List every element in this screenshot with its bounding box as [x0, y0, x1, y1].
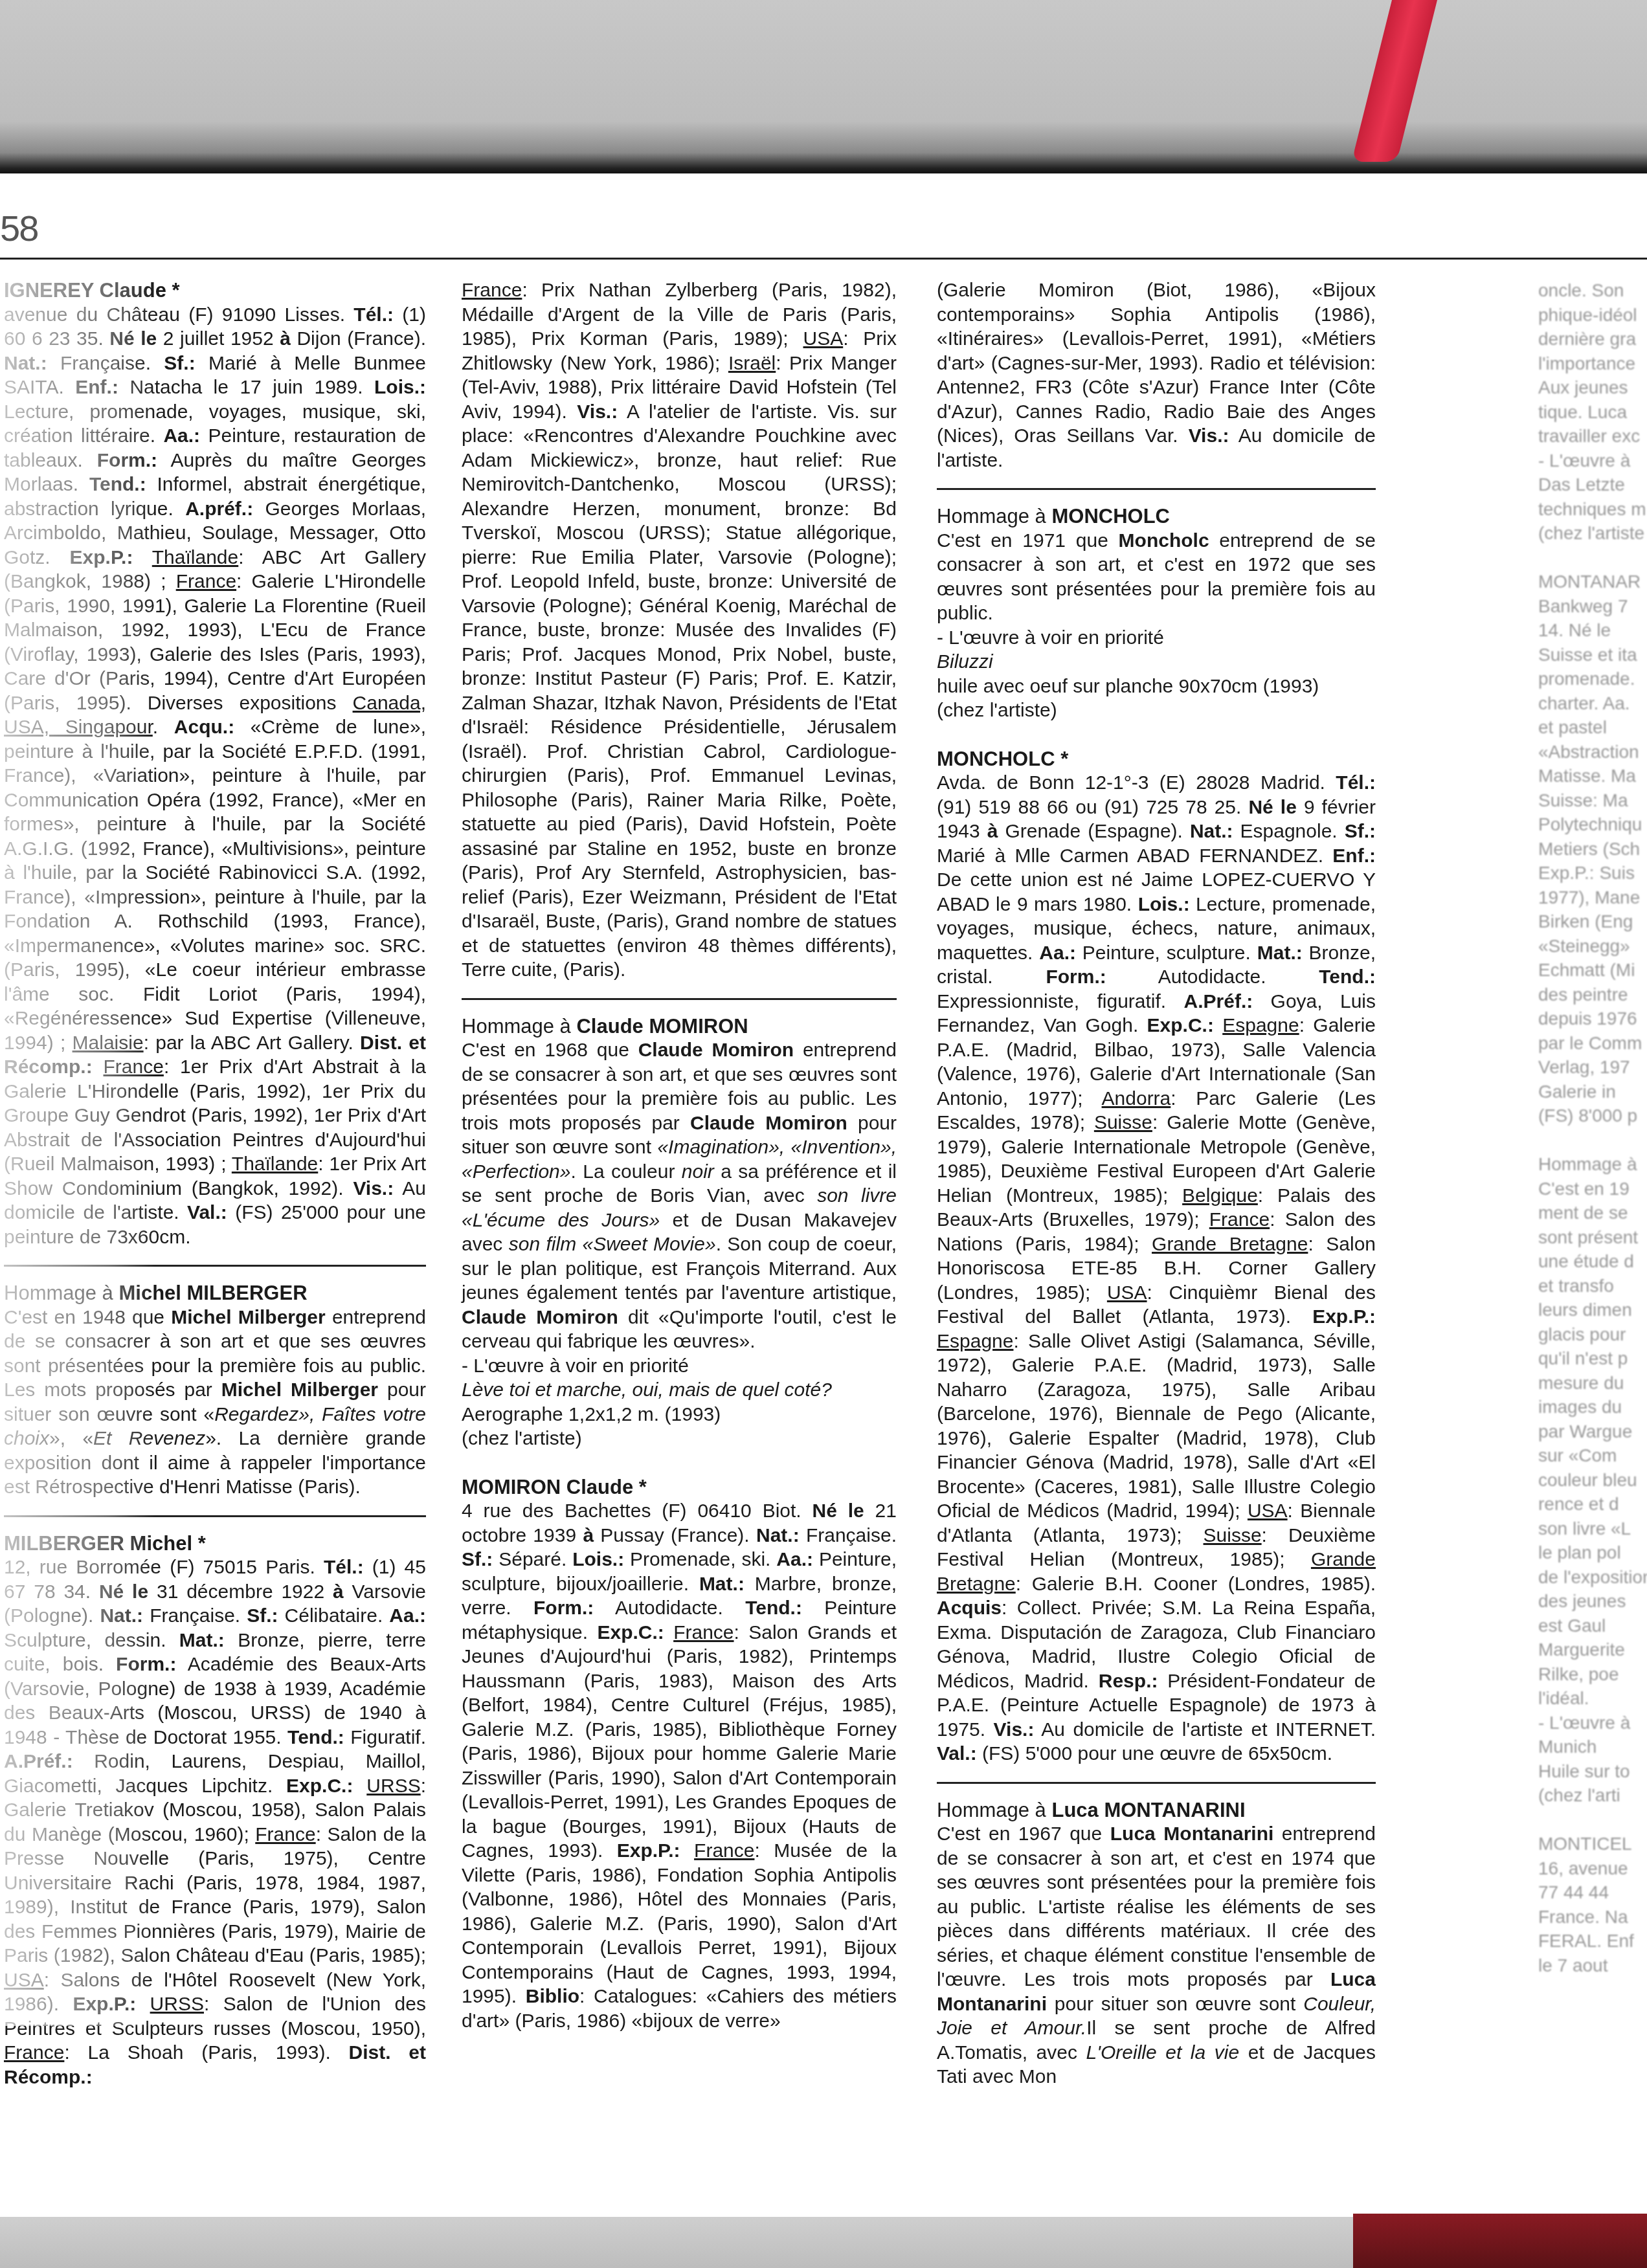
partial-line: Hommage à — [1538, 1152, 1647, 1177]
entry-body: 4 rue des Bachettes (F) 06410 Biot. Né l… — [462, 1499, 897, 2033]
partial-line: Verlag, 197 — [1538, 1055, 1647, 1080]
section-divider — [4, 1515, 426, 1517]
partial-line — [1538, 1128, 1647, 1153]
header-rule — [0, 258, 1647, 260]
entry-body-continued: (Galerie Momiron (Biot, 1986), «Bijoux c… — [937, 278, 1376, 472]
partial-line: le plan pol — [1538, 1540, 1647, 1565]
partial-line: MONTANAR — [1538, 570, 1647, 594]
partial-line: son livre «L — [1538, 1517, 1647, 1541]
partial-line: mesure du — [1538, 1371, 1647, 1395]
column-1: IGNEREY Claude * avenue du Château (F) 9… — [4, 278, 426, 2089]
entry-body: 12, rue Borromée (F) 75015 Paris. Tél.: … — [4, 1555, 426, 2089]
partial-line: une étude d — [1538, 1249, 1647, 1274]
partial-line: - L'œuvre à — [1538, 1711, 1647, 1735]
work-medium: huile avec oeuf sur planche 90x70cm (199… — [937, 674, 1376, 699]
partial-line: qu'il n'est p — [1538, 1346, 1647, 1371]
partial-line: par le Comm — [1538, 1031, 1647, 1056]
partial-line: FERAL. Enf — [1538, 1929, 1647, 1953]
spacer — [462, 1451, 897, 1475]
partial-line: sur «Com — [1538, 1443, 1647, 1468]
partial-line: le 7 aout — [1538, 1953, 1647, 1978]
partial-line: des peintre — [1538, 983, 1647, 1007]
work-title: Biluzzi — [937, 650, 1376, 674]
hommage-title: Hommage à MONCHOLC — [937, 504, 1376, 529]
priority-label: - L'œuvre à voir en priorité — [462, 1354, 897, 1379]
column-2: France: Prix Nathan Zylberberg (Paris, 1… — [462, 278, 897, 2033]
partial-line: des jeunes — [1538, 1589, 1647, 1614]
partial-line: Galerie in — [1538, 1080, 1647, 1104]
partial-line: Echmatt (Mi — [1538, 958, 1647, 983]
partial-line: charter. Aa. — [1538, 691, 1647, 716]
partial-line: Das Letzte — [1538, 472, 1647, 497]
partial-line: Exp.P.: Suis — [1538, 861, 1647, 885]
hommage-title: Hommage à Michel MILBERGER — [4, 1281, 426, 1306]
partial-line: et pastel — [1538, 715, 1647, 740]
partial-line: depuis 1976 — [1538, 1006, 1647, 1031]
section-divider — [937, 1782, 1376, 1784]
hommage-body: C'est en 1971 que Moncholc entreprend de… — [937, 529, 1376, 626]
hommage-title: Hommage à Claude MOMIRON — [462, 1014, 897, 1039]
partial-line: ment de se — [1538, 1201, 1647, 1225]
partial-line: 14. Né le — [1538, 618, 1647, 643]
partial-line: Polytechniqu — [1538, 812, 1647, 837]
section-divider — [4, 1265, 426, 1267]
partial-line — [1538, 546, 1647, 570]
partial-line: Marguerite — [1538, 1638, 1647, 1662]
work-title: Lève toi et marche, oui, mais de quel co… — [462, 1378, 897, 1403]
partial-line: et transfo — [1538, 1274, 1647, 1298]
entry-body: avenue du Château (F) 91090 Lisses. Tél.… — [4, 303, 426, 1250]
partial-line: «Abstraction — [1538, 740, 1647, 764]
partial-line: travailler exc — [1538, 424, 1647, 449]
entry-body: Avda. de Bonn 12-1°-3 (E) 28028 Madrid. … — [937, 771, 1376, 1766]
bookmark-ribbon-bottom — [1353, 2214, 1647, 2268]
partial-line: images du — [1538, 1395, 1647, 1419]
partial-line: 1977), Mane — [1538, 885, 1647, 910]
section-divider — [462, 998, 897, 1000]
partial-line: MONTICEL — [1538, 1832, 1647, 1856]
partial-line: leurs dimen — [1538, 1298, 1647, 1322]
work-location: (chez l'artiste) — [937, 698, 1376, 723]
partial-line: (chez l'arti — [1538, 1783, 1647, 1808]
partial-line: - L'œuvre à — [1538, 449, 1647, 473]
partial-line: sont présent — [1538, 1225, 1647, 1250]
partial-line: Rilke, poe — [1538, 1662, 1647, 1687]
partial-line: Munich — [1538, 1735, 1647, 1759]
column-3: (Galerie Momiron (Biot, 1986), «Bijoux c… — [937, 278, 1376, 2089]
page-number: 58 — [0, 207, 38, 249]
partial-line: l'importance — [1538, 351, 1647, 376]
hommage-body: C'est en 1968 que Claude Momiron entrepr… — [462, 1038, 897, 1354]
partial-line: Suisse: Ma — [1538, 788, 1647, 813]
entry-title: IGNEREY Claude * — [4, 278, 426, 303]
partial-line: Matisse. Ma — [1538, 764, 1647, 788]
hommage-body: C'est en 1948 que Michel Milberger entre… — [4, 1306, 426, 1500]
work-medium: Aerographe 1,2x1,2 m. (1993) — [462, 1403, 897, 1427]
partial-line: rence et d — [1538, 1492, 1647, 1517]
partial-line: tique. Luca — [1538, 400, 1647, 425]
partial-line: couleur bleu — [1538, 1468, 1647, 1493]
entry-title: MILBERGER Michel * — [4, 1531, 426, 1556]
entry-title: MOMIRON Claude * — [462, 1475, 897, 1500]
partial-line: 77 44 44 — [1538, 1880, 1647, 1905]
partial-line: (chez l'artiste — [1538, 521, 1647, 546]
priority-label: - L'œuvre à voir en priorité — [937, 626, 1376, 650]
partial-line: 16, avenue — [1538, 1856, 1647, 1881]
partial-line: promenade. — [1538, 667, 1647, 691]
partial-line: Huile sur to — [1538, 1759, 1647, 1784]
partial-line — [1538, 1808, 1647, 1832]
section-divider — [937, 488, 1376, 490]
partial-line: (FS) 8'000 p — [1538, 1104, 1647, 1128]
partial-line: Metiers (Sch — [1538, 837, 1647, 862]
partial-line: France. Na — [1538, 1905, 1647, 1929]
column-4-partial: oncle. Sonphique-idéoldernière gral'impo… — [1538, 278, 1647, 1977]
hommage-body: C'est en 1967 que Luca Montanarini entre… — [937, 1822, 1376, 2089]
partial-line: Birken (Eng — [1538, 909, 1647, 934]
partial-line: dernière gra — [1538, 327, 1647, 351]
entry-title: MONCHOLC * — [937, 747, 1376, 772]
partial-line: Aux jeunes — [1538, 375, 1647, 400]
work-location: (chez l'artiste) — [462, 1427, 897, 1451]
partial-line: Bankweg 7 — [1538, 594, 1647, 619]
partial-line: de l'exposition — [1538, 1565, 1647, 1590]
entry-body-continued: France: Prix Nathan Zylberberg (Paris, 1… — [462, 278, 897, 983]
partial-line: C'est en 19 — [1538, 1177, 1647, 1201]
partial-line: est Gaul — [1538, 1614, 1647, 1638]
partial-line: oncle. Son — [1538, 278, 1647, 303]
hommage-title: Hommage à Luca MONTANARINI — [937, 1798, 1376, 1823]
spacer — [937, 723, 1376, 747]
partial-line: Suisse et ita — [1538, 643, 1647, 667]
partial-line: l'idéal. — [1538, 1686, 1647, 1711]
partial-line: glacis pour — [1538, 1322, 1647, 1347]
partial-line: phique-idéol — [1538, 303, 1647, 328]
partial-line: par Wargue — [1538, 1419, 1647, 1444]
partial-line: techniques m — [1538, 497, 1647, 522]
partial-line: «Steinegg» — [1538, 934, 1647, 959]
